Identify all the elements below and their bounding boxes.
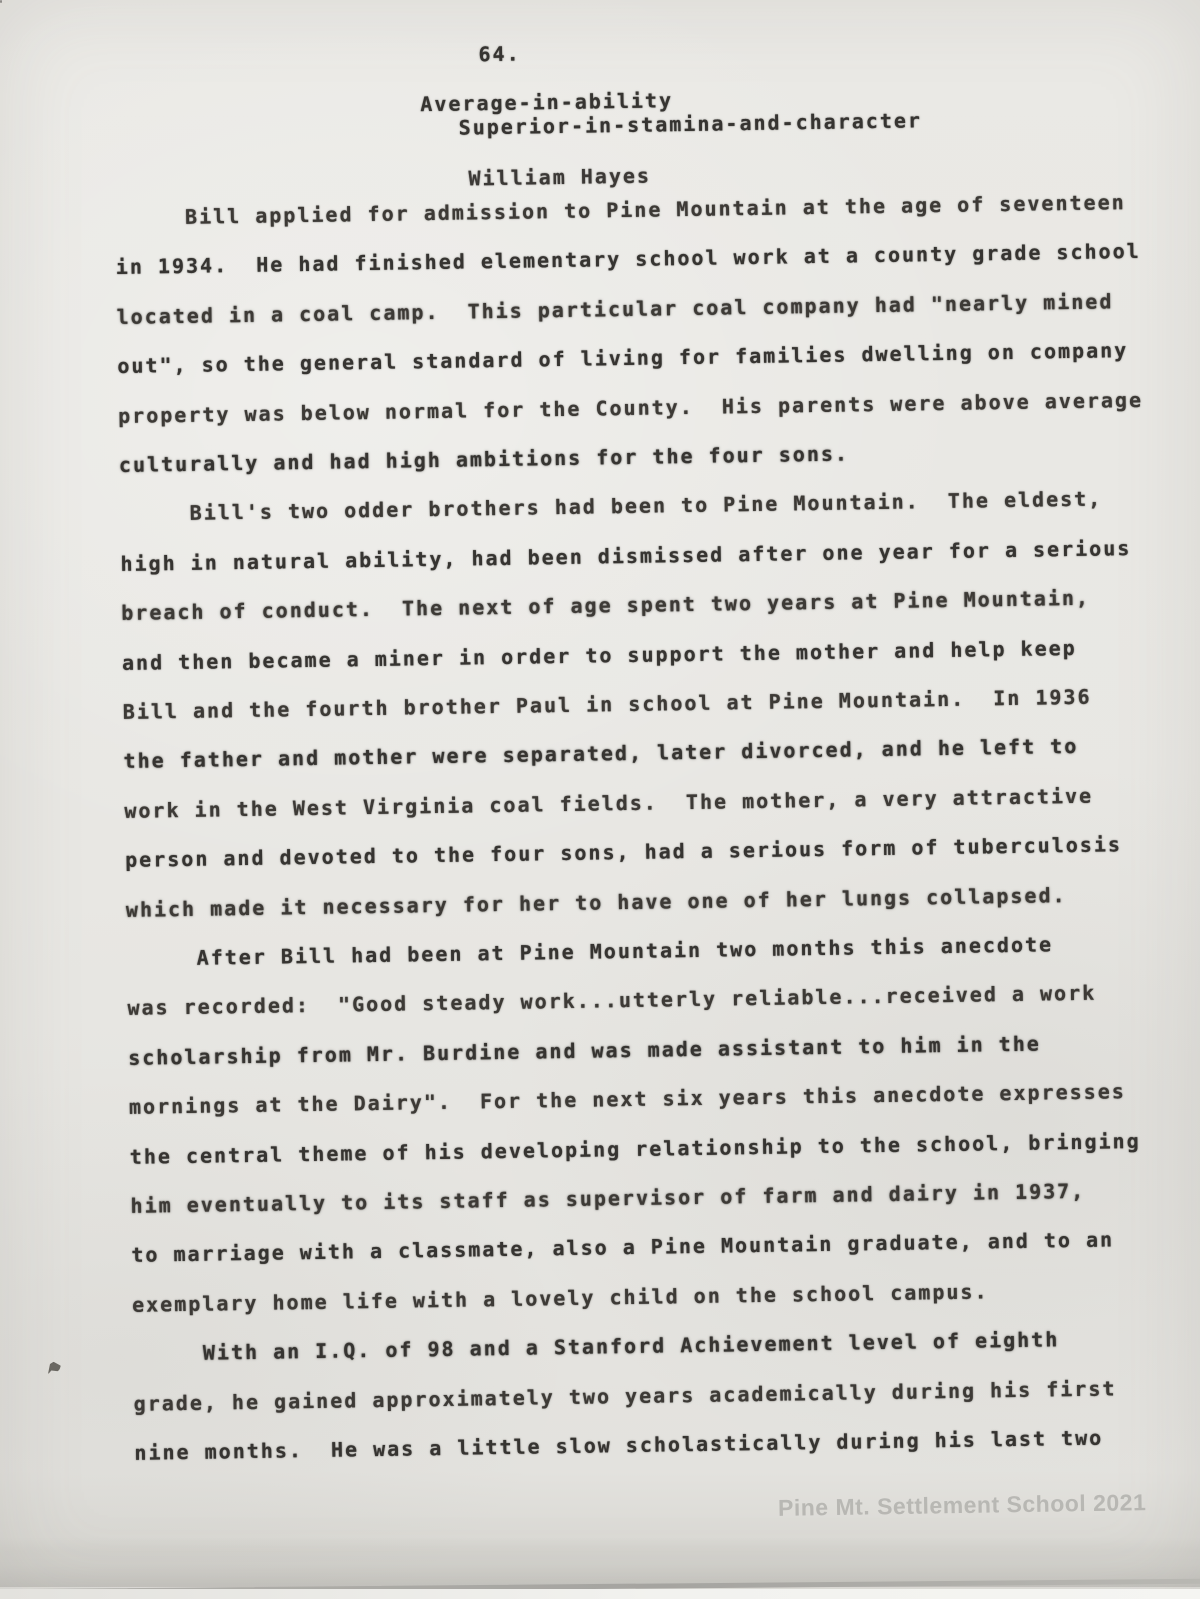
page-number: 64. bbox=[478, 42, 520, 67]
scanner-bed-strip bbox=[0, 1589, 1200, 1599]
paragraph-2-line-8: person and devoted to the four sons, had… bbox=[125, 832, 1122, 876]
paragraph-4-line-3: nine months. He was a little slow schola… bbox=[134, 1426, 1103, 1469]
paragraph-2-line-6: the father and mother were separated, la… bbox=[123, 734, 1078, 777]
paragraph-3-line-4: mornings at the Dairy". For the next six… bbox=[129, 1079, 1126, 1123]
paragraph-1-line-5: property was below normal for the County… bbox=[118, 387, 1143, 431]
scan-speckles bbox=[0, 0, 2, 2]
document-page: 64. Average-in-ability Superior-in-stami… bbox=[0, 0, 1200, 1599]
paragraph-2-line-4: and then became a miner in order to supp… bbox=[122, 636, 1077, 679]
paragraph-1-line-4: out", so the general standard of living … bbox=[117, 338, 1128, 382]
archive-watermark: Pine Mt. Settlement School 2021 bbox=[778, 1489, 1147, 1522]
paragraph-3-line-3: scholarship from Mr. Burdine and was mad… bbox=[128, 1031, 1041, 1073]
paragraph-1-line-3: located in a coal camp. This particular … bbox=[116, 289, 1113, 333]
body-lines: Bill applied for admission to Pine Mount… bbox=[112, 7, 1182, 24]
paragraph-3-line-7: to marriage with a classmate, also a Pin… bbox=[131, 1228, 1114, 1271]
paragraph-4-line-1: With an I.Q. of 98 and a Stanford Achiev… bbox=[133, 1327, 1060, 1370]
paragraph-1-line-2: in 1934. He had finished elementary scho… bbox=[116, 239, 1141, 283]
paragraph-3-line-6: him eventually to its staff as superviso… bbox=[130, 1179, 1085, 1222]
ink-blot-mark bbox=[45, 1360, 63, 1375]
paragraph-2-line-3: breach of conduct. The next of age spent… bbox=[121, 586, 1090, 629]
paragraph-4-line-2: grade, he gained approximately two years… bbox=[133, 1376, 1116, 1419]
paragraph-2-line-7: work in the West Virginia coal fields. T… bbox=[124, 783, 1093, 826]
paragraph-3-line-2: was recorded: "Good steady work...utterl… bbox=[127, 981, 1096, 1024]
paragraph-1-line-1: Bill applied for admission to Pine Mount… bbox=[115, 190, 1126, 234]
paragraph-3-line-1: After Bill had been at Pine Mountain two… bbox=[126, 932, 1053, 975]
typewritten-text-layer: 64. Average-in-ability Superior-in-stami… bbox=[112, 7, 1200, 1504]
paragraph-2-line-2: high in natural ability, had been dismis… bbox=[120, 536, 1131, 580]
paragraph-2-line-9: which made it necessary for her to have … bbox=[126, 883, 1067, 926]
paragraph-2-line-5: Bill and the fourth brother Paul in scho… bbox=[123, 685, 1092, 728]
paragraph-2-line-1: Bill's two odder brothers had been to Pi… bbox=[120, 487, 1103, 530]
paragraph-1-line-6: culturally and had high ambitions for th… bbox=[119, 441, 849, 480]
paragraph-3-line-5: the central theme of his developing rela… bbox=[130, 1129, 1141, 1173]
paragraph-3-line-8: exemplary home life with a lovely child … bbox=[132, 1279, 989, 1320]
subject-name: William Hayes bbox=[468, 164, 651, 191]
